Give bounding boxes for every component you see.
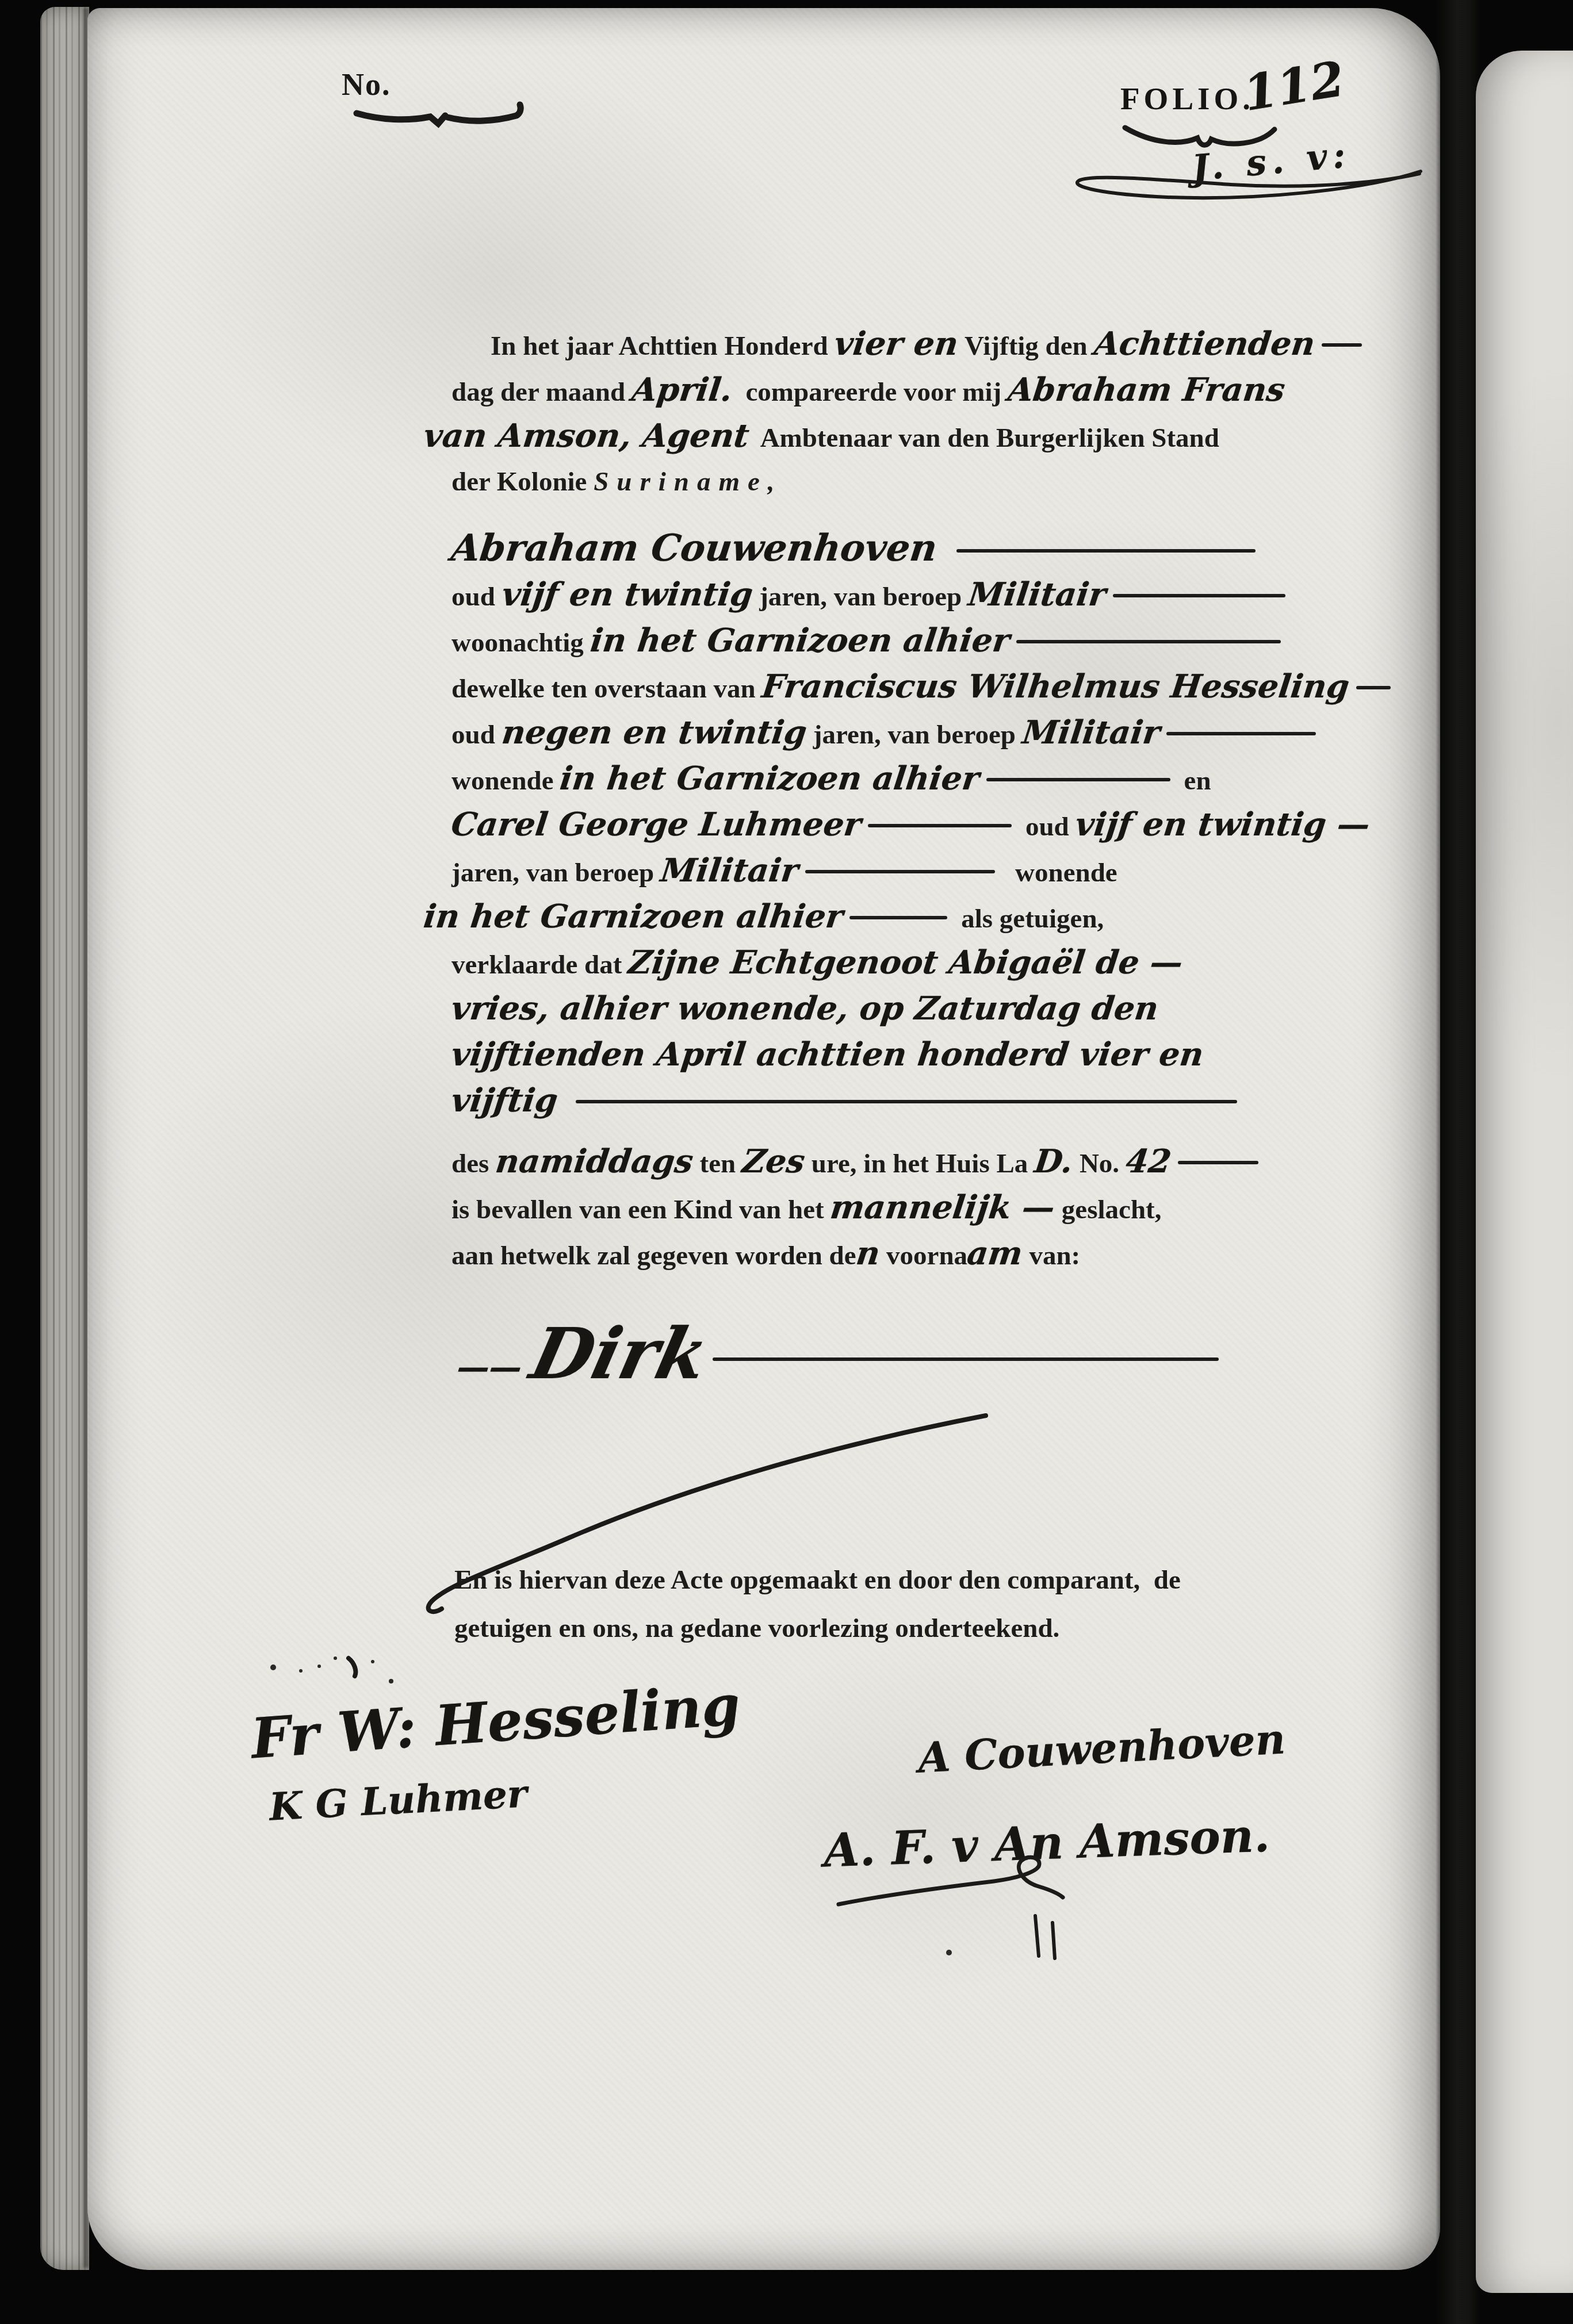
act-line: van Amson, Agent Ambtenaar van den Burge… [424, 413, 1372, 459]
handwritten-text: vries, alhier wonende, op Zaturdag den [449, 985, 1161, 1031]
act-line: oud vijf en twintig jaren, van beroep Mi… [451, 572, 1372, 618]
handwritten-text: Dirk [521, 1302, 718, 1405]
printed-text: als getuigen, [954, 904, 1104, 934]
book-page-stack-edge [40, 7, 89, 2270]
printed-text: oud [451, 720, 502, 750]
printed-text: ure, in het Huis La [805, 1149, 1035, 1179]
act-line: vries, alhier wonende, op Zaturdag den [451, 985, 1372, 1031]
handwritten-text: Carel George Luhmeer [449, 801, 864, 847]
act-line: Carel George Luhmeer oud vijf en twintig… [451, 801, 1372, 847]
printed-text: jaren, van beroep [752, 582, 969, 612]
handwritten-text: D. [1032, 1138, 1076, 1184]
printed-text: verklaarde dat [451, 950, 629, 980]
printed-text: compareerde voor mij [732, 377, 1008, 407]
pen-stroke-filler [849, 916, 947, 919]
handwritten-text: vijftig [449, 1077, 572, 1123]
handwritten-text: Abraham Couwenhoven [449, 526, 952, 572]
handwritten-text: April. [629, 367, 735, 413]
act-line: is bevallen van een Kind van het manneli… [451, 1184, 1372, 1230]
pen-stroke-filler [986, 778, 1170, 781]
act-line: vijftig [451, 1077, 1372, 1123]
pen-stroke-filler [1322, 343, 1362, 347]
act-line: oud negen en twintig jaren, van beroep M… [451, 710, 1372, 756]
child-name-line: —— Dirk [451, 1302, 1372, 1405]
handwritten-text: am [965, 1230, 1025, 1276]
act-line: jaren, van beroep Militair wonende [451, 847, 1372, 893]
act-line: des namiddags ten Zes ure, in het Huis L… [451, 1138, 1372, 1184]
pen-stroke-filler [1356, 686, 1391, 689]
register-photo: No. FOLIO. 112 J. s. v: In het jaar Acht… [0, 0, 1573, 2324]
handwritten-text: Abraham Frans [1005, 367, 1288, 413]
act-line: Abraham Couwenhoven [451, 526, 1372, 572]
printed-text: woonachtig [451, 628, 591, 658]
pen-stroke-filler [1113, 594, 1285, 597]
facing-page-edge [1476, 51, 1573, 2293]
handwritten-text: namiddags [493, 1138, 696, 1184]
pen-stroke-filler [1178, 1161, 1258, 1164]
printed-text: dewelke ten overstaan van [451, 674, 762, 704]
pen-stroke-filler [1016, 640, 1281, 643]
printed-text: wonende [1002, 858, 1117, 888]
act-line: woonachtig in het Garnizoen alhier [451, 618, 1372, 664]
printed-text: jaren, van beroep [806, 720, 1023, 750]
handwritten-text: Militair [1020, 710, 1163, 756]
pen-stroke-filler [576, 1100, 1237, 1103]
printed-text: In het jaar Achttien Honderd [491, 331, 835, 361]
printed-text: des [451, 1149, 496, 1179]
handwritten-text: Militair [966, 572, 1109, 618]
handwritten-text: Zijne Echtgenoot Abigaël de — [626, 939, 1185, 985]
handwritten-text: mannelijk — [828, 1184, 1058, 1230]
printed-text: oud [1019, 812, 1076, 842]
handwritten-text: negen en twintig [499, 710, 809, 756]
handwritten-text: in het Garnizoen alhier [557, 756, 982, 801]
act-line: In het jaar Achttien Honderd vier en Vij… [451, 321, 1372, 367]
act-line: in het Garnizoen alhier als getuigen, [424, 893, 1372, 939]
act-number-label: No. [342, 67, 391, 102]
act-line: verklaarde dat Zijne Echtgenoot Abigaël … [451, 939, 1372, 985]
act-body: In het jaar Achttien Honderd vier en Vij… [451, 321, 1372, 1405]
handwritten-text: Franciscus Wilhelmus Hesseling [760, 664, 1353, 710]
handwritten-text: van Amson, Agent [421, 413, 763, 459]
printed-text: der Kolonie [451, 467, 594, 497]
closing-line: En is hiervan deze Acte opgemaakt en doo… [454, 1556, 1386, 1604]
closing-line: getuigen en ons, na gedane voorlezing on… [454, 1604, 1386, 1652]
book-gutter-shadow [1436, 0, 1479, 2324]
pen-stroke-filler [1166, 732, 1316, 735]
pen-stroke-filler [868, 824, 1012, 827]
printed-text: geslacht, [1055, 1195, 1161, 1225]
printed-text: van: [1023, 1241, 1081, 1271]
act-line: dag der maand April. compareerde voor mi… [451, 367, 1372, 413]
handwritten-text: vijf en twintig — [1073, 801, 1373, 847]
printed-text: aan hetwelk zal gegeven worden de [451, 1241, 856, 1271]
act-line: vijftienden April achttien honderd vier … [451, 1031, 1372, 1077]
printed-text: jaren, van beroep [451, 858, 661, 888]
pen-stroke-filler [713, 1357, 1219, 1361]
act-line: wonende in het Garnizoen alhier en [451, 756, 1372, 801]
pen-stroke-filler [805, 870, 995, 873]
printed-text: Suriname, [594, 467, 782, 497]
printed-text: voorna [879, 1241, 967, 1271]
printed-text: en [1177, 766, 1211, 796]
handwritten-text: Zes [740, 1138, 807, 1184]
printed-text: ten [693, 1149, 743, 1179]
closing-statement: En is hiervan deze Acte opgemaakt en doo… [454, 1556, 1386, 1652]
folio-label: FOLIO. [1120, 80, 1254, 117]
printed-text: wonende [451, 766, 560, 796]
printed-text: Vijftig den [958, 331, 1094, 361]
printed-text: Ambtenaar van den Burgerlijken Stand [760, 423, 1219, 453]
handwritten-text: vijftienden April achttien honderd vier … [449, 1031, 1206, 1077]
handwritten-text: vier en [832, 321, 961, 367]
act-line: der Kolonie Suriname, [451, 459, 1372, 505]
handwritten-text: in het Garnizoen alhier [588, 618, 1012, 664]
handwritten-text: 42 [1123, 1138, 1174, 1184]
handwritten-text: vijf en twintig [499, 572, 756, 618]
printed-text: oud [451, 582, 502, 612]
act-line: aan hetwelk zal gegeven worden den voorn… [451, 1230, 1372, 1276]
pen-stroke-filler [956, 549, 1256, 553]
handwritten-text: n [854, 1230, 883, 1276]
handwritten-text: Militair [658, 847, 801, 893]
printed-text: dag der maand [451, 377, 632, 407]
printed-text: is bevallen van een Kind van het [451, 1195, 830, 1225]
act-line: dewelke ten overstaan van Franciscus Wil… [451, 664, 1372, 710]
handwritten-text: Achttienden [1092, 321, 1318, 367]
printed-text: No. [1073, 1149, 1126, 1179]
handwritten-text: in het Garnizoen alhier [421, 893, 845, 939]
